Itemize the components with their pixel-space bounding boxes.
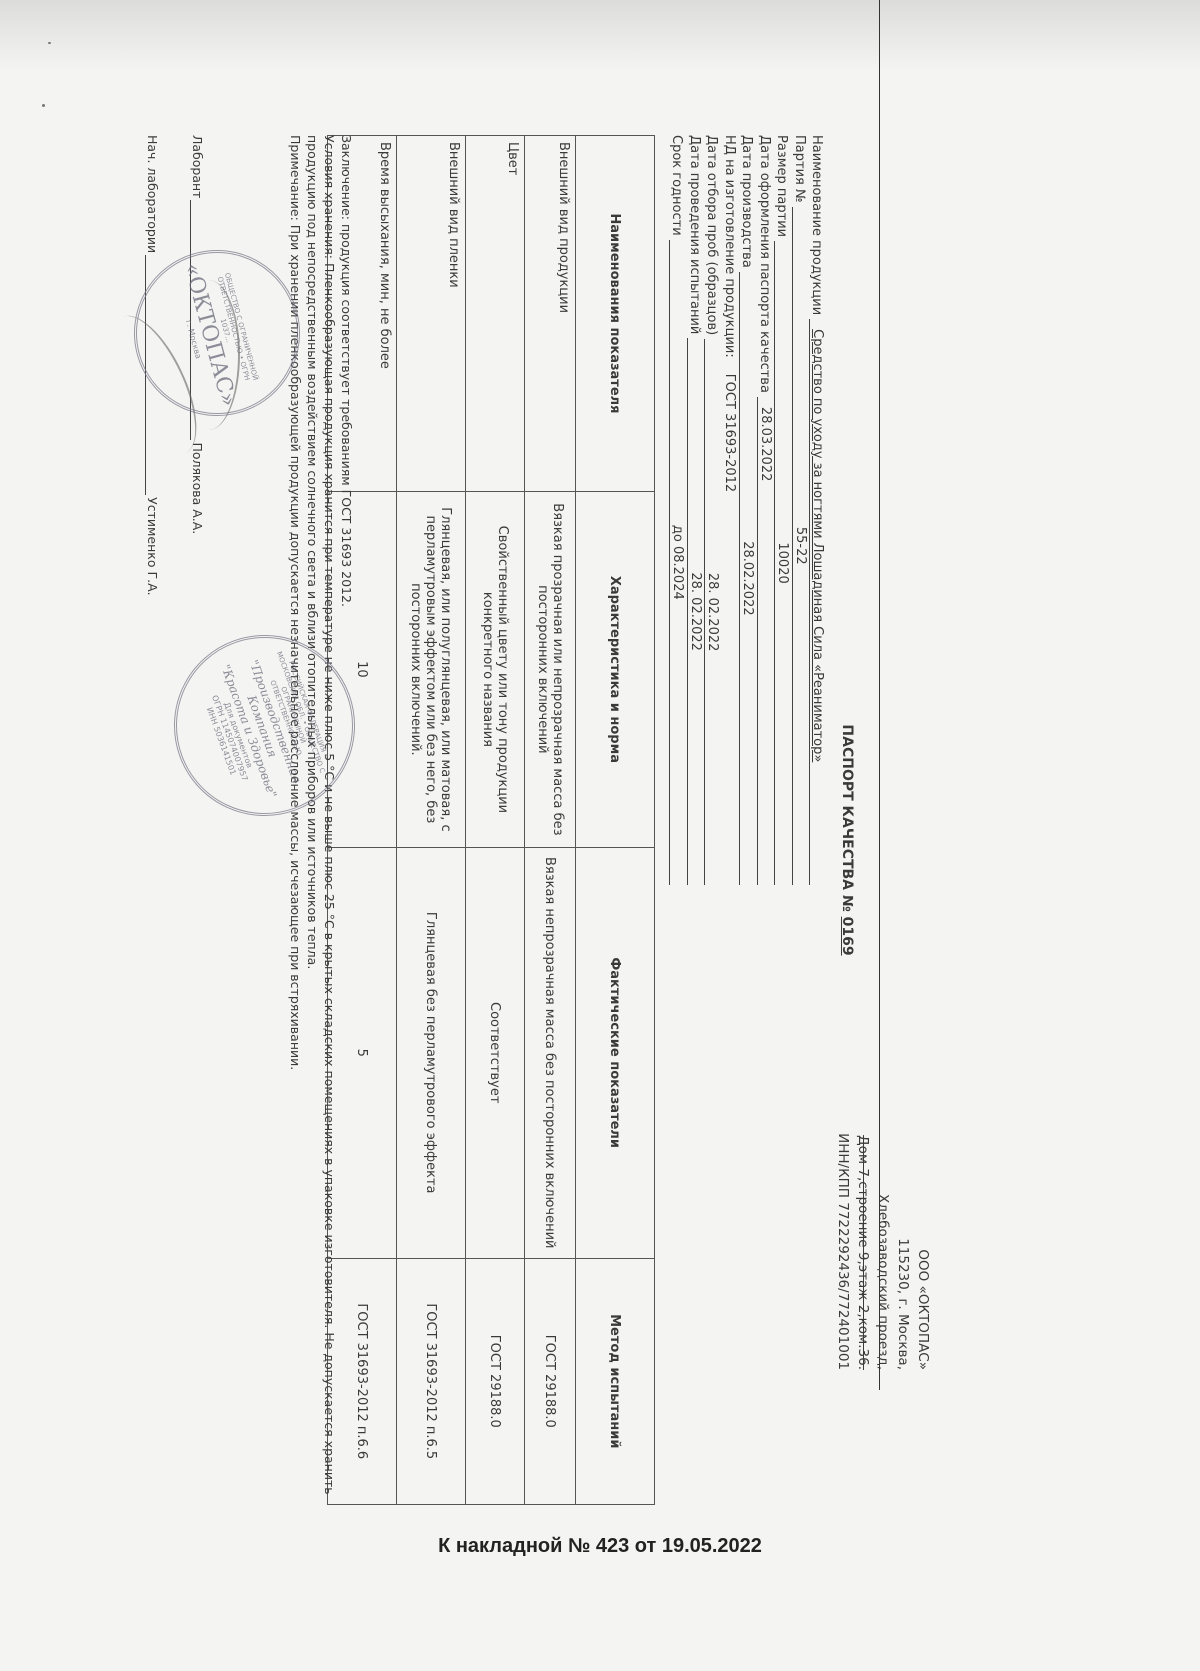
field-batch-size: Размер партии 10020 xyxy=(775,135,793,885)
company-address-line2: Хлебозаводский проезд, xyxy=(873,1133,893,1370)
product-name-value: Средство по уходу за ногтями Лошадиная С… xyxy=(810,319,826,885)
quality-passport-sheet: ООО «ОКТОПАС» 115230, г. Москва, Хлебоза… xyxy=(155,80,1045,1600)
field-test-date: Дата проведения испытаний 28. 02.2022 xyxy=(687,135,705,885)
header-actual: Фактические показатели xyxy=(576,847,655,1258)
title-label: ПАСПОРТ КАЧЕСТВА № xyxy=(839,724,855,911)
passport-date-value: 28.03.2022 xyxy=(757,397,773,885)
signature-name: Полякова А.А. xyxy=(190,442,205,534)
scan-speck xyxy=(48,42,51,44)
document-title: ПАСПОРТ КАЧЕСТВА № 0169 xyxy=(839,80,855,1600)
passport-number: 0169 xyxy=(839,917,855,956)
invoice-reference: К накладной № 423 от 19.05.2022 xyxy=(0,1535,1200,1558)
header-divider xyxy=(879,0,880,1390)
storage-conditions-text: Условия хранения: Пленкообразующая проду… xyxy=(304,135,338,1535)
product-fields: Наименование продукции Средство по уходу… xyxy=(670,135,828,885)
test-date-value: 28. 02.2022 xyxy=(687,338,703,885)
field-passport-date: Дата оформления паспорта качества 28.03.… xyxy=(757,135,775,885)
shelf-life-value: до 08.2024 xyxy=(670,240,686,885)
company-name: ООО «ОКТОПАС» xyxy=(913,1133,933,1370)
table-row: Цвет Свойственный цвету или тону продукц… xyxy=(466,136,525,1505)
field-batch-number: Партия № 55-22 xyxy=(792,135,810,885)
scan-speck xyxy=(42,104,45,107)
normative-doc-value: ГОСТ 31693-2012 xyxy=(722,362,737,492)
field-sampling-date: Дата отбора проб (образцов) 28. 02.2022 xyxy=(705,135,723,885)
header-method: Метод испытаний xyxy=(576,1258,655,1504)
signature-role: Лаборант xyxy=(190,135,205,198)
scan-edge-shadow xyxy=(0,0,1200,70)
batch-number-value: 55-22 xyxy=(792,207,808,886)
table-header-row: Наименования показателя Характеристика и… xyxy=(576,136,655,1505)
test-results-table: Наименования показателя Характеристика и… xyxy=(327,135,655,1505)
company-address-line1: 115230, г. Москва, xyxy=(893,1133,913,1370)
field-normative-doc: НД на изготовление продукции: ГОСТ 31693… xyxy=(722,135,740,885)
table-row: Внешний вид продукции Вязкая прозрачная … xyxy=(525,136,576,1505)
field-production-date: Дата производства 28.02.2022 xyxy=(740,135,758,885)
sampling-date-value: 28. 02.2022 xyxy=(705,339,721,885)
table-row: Внешний вид пленки Глянцевая, или полугл… xyxy=(397,136,466,1505)
header-indicator: Наименования показателя xyxy=(576,136,655,492)
field-product-name: Наименование продукции Средство по уходу… xyxy=(810,135,828,885)
conclusion-text: Заключение: продукция соответствует треб… xyxy=(338,135,355,1535)
production-date-value: 28.02.2022 xyxy=(740,272,756,885)
batch-size-value: 10020 xyxy=(775,241,791,885)
signature-role: Нач. лаборатории xyxy=(145,135,160,253)
header-norm: Характеристика и норма xyxy=(576,491,655,847)
signature-name: Устименко Г.А. xyxy=(145,497,160,595)
company-address-line3: Дом 7,строение 9,этаж 2,ком.36. xyxy=(853,1133,873,1370)
field-shelf-life: Срок годности до 08.2024 xyxy=(670,135,688,885)
